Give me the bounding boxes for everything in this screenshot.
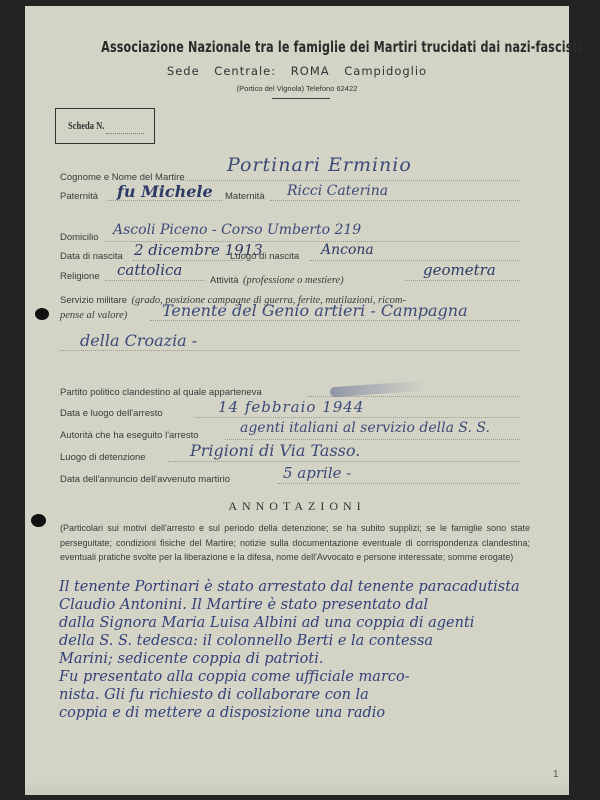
scheda-box: Scheda N. (55, 108, 155, 144)
military-value-line2: della Croazia - (80, 331, 197, 350)
scheda-label: Scheda N. (68, 121, 104, 132)
party-label: Partito politico clandestino al quale ap… (60, 387, 262, 398)
birth-date-label: Data di nascita (60, 251, 123, 262)
annotation-line-5: Marini; sedicente coppia di patrioti. (59, 651, 324, 667)
page-number: 1 (553, 769, 559, 780)
paternity-label: Paternità (60, 191, 98, 202)
authority-value: agenti italiani al servizio della S. S. (240, 420, 490, 436)
ornament-divider (272, 98, 330, 99)
annotations-instructions: (Particolari sui motivi dell'arresto e s… (60, 521, 530, 565)
headquarters-line: Sede Centrale: ROMA Campidoglio (25, 64, 569, 78)
paternity-value: fu Michele (117, 182, 213, 201)
arrest-value: 14 febbraio 1944 (218, 398, 364, 416)
activity-label-group: Attività (professione o mestiere) (210, 270, 344, 288)
document-page: Associazione Nazionale tra le famiglie d… (25, 6, 569, 795)
annotation-line-7: nista. Gli fu richiesto di collaborare c… (59, 687, 369, 703)
annotation-line-1: Il tenente Portinari è stato arrestato d… (59, 579, 520, 595)
authority-label: Autorità che ha eseguito l'arresto (60, 430, 199, 441)
birth-place-label: Luogo di nascita (230, 251, 299, 262)
military-label-note-cont: pense al valore) (60, 310, 127, 321)
ink-blot (35, 308, 49, 320)
domicile-value: Ascoli Piceno - Corso Umberto 219 (113, 222, 361, 238)
name-value: Portinari Erminio (227, 154, 412, 176)
annotations-heading: ANNOTAZIONI (25, 499, 569, 514)
arrest-label: Data e luogo dell'arresto (60, 408, 163, 419)
activity-label-note: (professione o mestiere) (243, 275, 344, 286)
activity-value: geometra (423, 261, 496, 279)
scheda-number-field (106, 133, 144, 134)
annotation-line-8: coppia e di mettere a disposizione una r… (59, 705, 385, 721)
religion-value: cattolica (117, 261, 182, 279)
announcement-label: Data dell'annuncio dell'avvenuto martiri… (60, 474, 230, 485)
birth-place-value: Ancona (321, 242, 374, 258)
annotation-line-3: dalla Signora Maria Luisa Albini ad una … (59, 615, 474, 631)
detention-value: Prigioni di Via Tasso. (190, 441, 360, 460)
activity-label: Attività (210, 275, 239, 286)
military-value-line1: Tenente del Genio artieri - Campagna (162, 301, 468, 320)
religion-label: Religione (60, 271, 100, 282)
maternity-label: Maternità (225, 191, 265, 202)
association-title: Associazione Nazionale tra le famiglie d… (101, 38, 493, 56)
party-value-scratched (330, 381, 425, 398)
domicile-label: Domicilio (60, 232, 99, 243)
detention-label: Luogo di detenzione (60, 452, 146, 463)
military-label: Servizio militare (60, 295, 127, 306)
annotation-line-2: Claudio Antonini. Il Martire è stato pre… (59, 597, 428, 613)
address-line: (Portico del Vignola) Telefono 62422 (25, 84, 569, 93)
annotation-line-6: Fu presentato alla coppia come ufficiale… (59, 669, 410, 685)
annotation-line-4: della S. S. tedesca: il colonnello Berti… (59, 633, 433, 649)
ink-blot (31, 514, 46, 527)
maternity-value: Ricci Caterina (287, 183, 388, 199)
announcement-value: 5 aprile - (283, 464, 351, 482)
